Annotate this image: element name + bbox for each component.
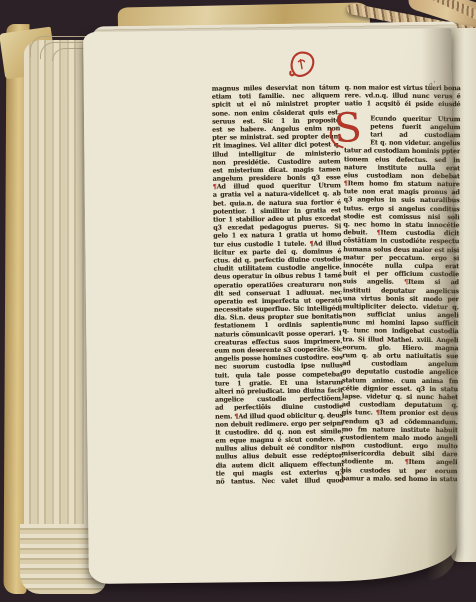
open-page: a' magnus miles deserviat non tátum regi…: [83, 28, 457, 584]
gutter-shadow: [421, 28, 457, 580]
photo-background: a' magnus miles deserviat non tátum regi…: [0, 0, 476, 602]
column-left-lines: magnus miles deserviat non tátum regi se…: [212, 83, 344, 486]
pilcrow-mark: ¶: [377, 229, 381, 237]
folio-letter-mark: [287, 49, 317, 81]
pilcrow-mark: ¶: [404, 278, 408, 286]
pilcrow-mark: ¶: [376, 409, 380, 417]
text-line: nõ tantus. Nec valet illud quod obiicitu…: [216, 476, 344, 486]
pilcrow-mark: ¶: [234, 412, 238, 420]
pilcrow-mark: ¶: [213, 183, 217, 191]
text-column-left: magnus miles deserviat non tátum regi se…: [212, 83, 344, 486]
pilcrow-mark: ¶: [309, 239, 313, 247]
pilcrow-mark: ¶: [344, 179, 348, 187]
red-letter-d-icon: [287, 49, 317, 81]
pilcrow-mark: ¶: [405, 458, 409, 466]
